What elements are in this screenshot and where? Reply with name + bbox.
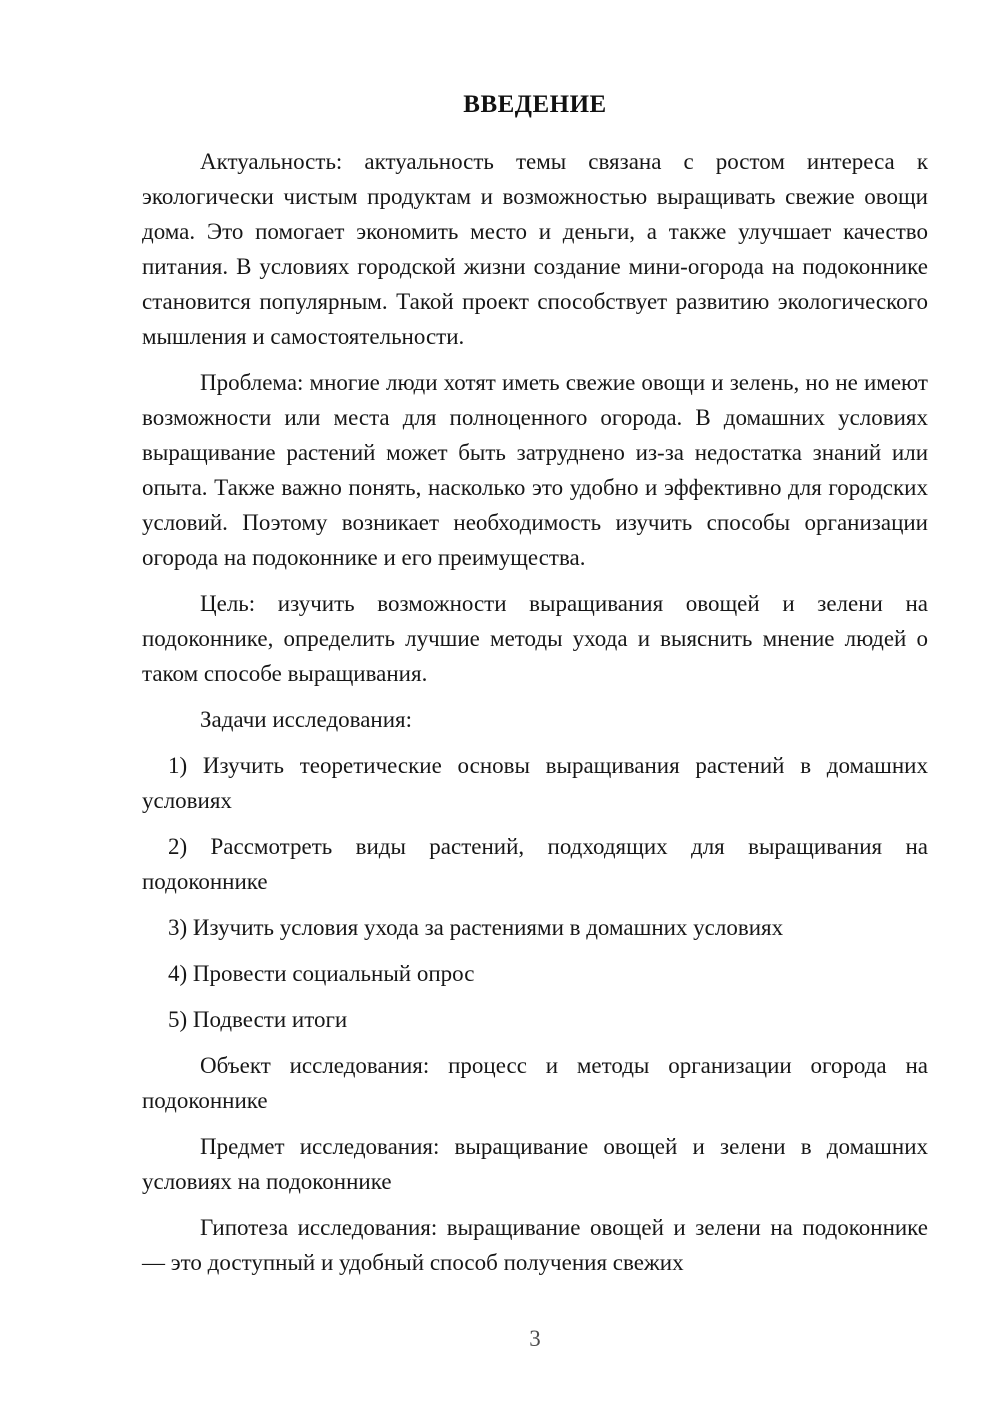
task-item-5: 5) Подвести итоги (142, 1002, 928, 1037)
paragraph-relevance: Актуальность: актуальность темы связана … (142, 144, 928, 354)
task-item-3: 3) Изучить условия ухода за растениями в… (142, 910, 928, 945)
paragraph-research-subject: Предмет исследования: выращивание овощей… (142, 1129, 928, 1199)
tasks-heading: Задачи исследования: (142, 702, 928, 737)
paragraph-problem: Проблема: многие люди хотят иметь свежие… (142, 365, 928, 575)
page-title: ВВЕДЕНИЕ (142, 90, 928, 120)
paragraph-goal: Цель: изучить возможности выращивания ов… (142, 586, 928, 691)
paragraph-research-object: Объект исследования: процесс и методы ор… (142, 1048, 928, 1118)
tasks-list: 1) Изучить теоретические основы выращива… (142, 748, 928, 1037)
task-item-4: 4) Провести социальный опрос (142, 956, 928, 991)
task-item-2: 2) Рассмотреть виды растений, подходящих… (142, 829, 928, 899)
document-page: ВВЕДЕНИЕ Актуальность: актуальность темы… (0, 0, 1000, 1414)
task-item-1: 1) Изучить теоретические основы выращива… (142, 748, 928, 818)
page-number: 3 (142, 1324, 928, 1354)
page-content: ВВЕДЕНИЕ Актуальность: актуальность темы… (142, 90, 928, 1291)
paragraph-hypothesis: Гипотеза исследования: выращивание овоще… (142, 1210, 928, 1280)
